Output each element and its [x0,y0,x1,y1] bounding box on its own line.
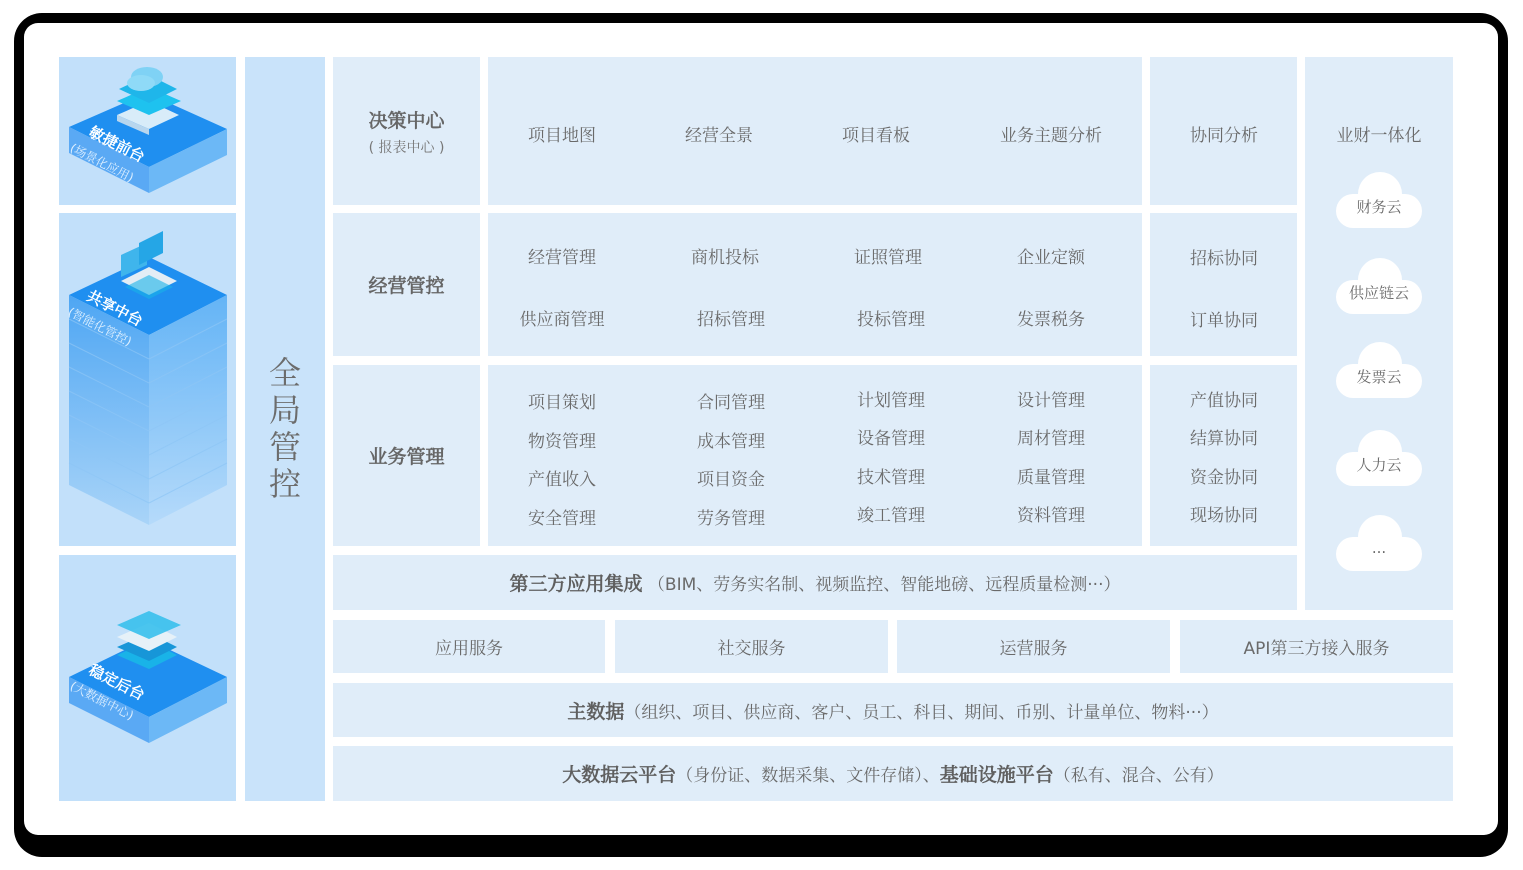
operation-items-panel [488,213,1142,356]
server-stack-icon [59,213,236,546]
module-item[interactable]: 项目策划 [528,388,596,413]
service-label: 应用服务 [435,634,503,659]
third-party-detail: （BIM、劳务实名制、视频监控、智能地磅、远程质量检测···） [648,575,1121,595]
module-item[interactable]: 供应商管理 [520,305,605,330]
cloud-invoice[interactable]: 发票云 [1336,342,1422,398]
global-control-label: 全局管控 [267,355,303,503]
module-item[interactable]: 投标管理 [857,305,925,330]
row-title: 经营管控 [368,271,444,298]
cloud-label: 人力云 [1336,454,1422,475]
master-data-text: 主数据（组织、项目、供应商、客户、员工、科目、期间、币别、计量单位、物料···） [567,697,1218,724]
master-data-bar: 主数据（组织、项目、供应商、客户、员工、科目、期间、币别、计量单位、物料···） [333,683,1453,737]
tier-agile-front: 敏捷前台 (场景化应用) [59,57,236,205]
bigdata-platform-title: 大数据云平台 [562,764,676,786]
collab-item[interactable]: 协同分析 [1190,121,1258,146]
third-party-integration-bar: 第三方应用集成 （BIM、劳务实名制、视频监控、智能地磅、远程质量检测···） [333,555,1297,610]
module-item[interactable]: 经营管理 [528,243,596,268]
collab-item[interactable]: 订单协同 [1190,306,1258,331]
row-header-operation: 经营管控 [333,213,480,356]
master-data-detail: （组织、项目、供应商、客户、员工、科目、期间、币别、计量单位、物料···） [624,703,1218,723]
module-item[interactable]: 合同管理 [697,388,765,413]
service-label: API第三方接入服务 [1244,634,1390,659]
row-title: 决策中心 [368,106,444,133]
cloud-label: ... [1336,539,1422,557]
module-item[interactable]: 周材管理 [1017,424,1085,449]
service-label: 运营服务 [1000,634,1068,659]
module-item[interactable]: 竣工管理 [857,501,925,526]
module-item[interactable]: 计划管理 [857,386,925,411]
cloud-label: 供应链云 [1336,282,1422,303]
cloud-platform-icon [59,57,236,205]
collab-item[interactable]: 资金协同 [1190,463,1258,488]
module-item[interactable]: 资料管理 [1017,501,1085,526]
tier-shared-middle: 共享中台 (智能化管控) [59,213,236,546]
cloud-label: 财务云 [1336,196,1422,217]
operation-collab-panel [1150,213,1297,356]
platform-bar: 大数据云平台（身份证、数据采集、文件存储）、基础设施平台（私有、混合、公有） [333,746,1453,801]
master-data-title: 主数据 [567,701,624,723]
row-title: 业务管理 [368,442,444,469]
module-item[interactable]: 物资管理 [528,427,596,452]
global-control-column: 全局管控 [245,57,325,801]
cloud-hr[interactable]: 人力云 [1336,430,1422,486]
module-item[interactable]: 成本管理 [697,427,765,452]
tier-stable-back: 稳定后台 (大数据中心) [59,555,236,801]
collab-item[interactable]: 结算协同 [1190,424,1258,449]
cloud-finance[interactable]: 财务云 [1336,172,1422,228]
bigdata-platform-detail: （身份证、数据采集、文件存储）、 [676,766,940,786]
cloud-supply-chain[interactable]: 供应链云 [1336,258,1422,314]
collab-item[interactable]: 产值协同 [1190,386,1258,411]
module-item[interactable]: 劳务管理 [697,504,765,529]
module-item[interactable]: 项目看板 [842,121,910,146]
module-item[interactable]: 项目资金 [697,465,765,490]
module-item[interactable]: 业务主题分析 [1000,121,1102,146]
row-header-decision: 决策中心 ( 报表中心 ) [333,57,480,205]
module-item[interactable]: 质量管理 [1017,463,1085,488]
service-api[interactable]: API第三方接入服务 [1180,620,1453,673]
cloud-more[interactable]: ... [1336,515,1422,571]
module-item[interactable]: 商机投标 [691,243,759,268]
module-item[interactable]: 设计管理 [1017,386,1085,411]
finance-integration-title: 业财一体化 [1337,121,1422,146]
cloud-label: 发票云 [1336,366,1422,387]
row-header-business: 业务管理 [333,365,480,546]
module-item[interactable]: 招标管理 [697,305,765,330]
service-operation[interactable]: 运营服务 [897,620,1170,673]
platform-text: 大数据云平台（身份证、数据采集、文件存储）、基础设施平台（私有、混合、公有） [562,760,1224,787]
service-social[interactable]: 社交服务 [615,620,888,673]
module-item[interactable]: 设备管理 [857,424,925,449]
collab-item[interactable]: 招标协同 [1190,244,1258,269]
third-party-title: 第三方应用集成 [510,573,643,595]
module-item[interactable]: 安全管理 [528,504,596,529]
module-item[interactable]: 企业定额 [1017,243,1085,268]
module-item[interactable]: 技术管理 [857,463,925,488]
infrastructure-platform-detail: （私有、混合、公有） [1054,766,1224,786]
collab-item[interactable]: 现场协同 [1190,501,1258,526]
module-item[interactable]: 证照管理 [854,243,922,268]
module-item[interactable]: 发票税务 [1017,305,1085,330]
row-subtitle: ( 报表中心 ) [369,137,445,157]
service-label: 社交服务 [718,634,786,659]
third-party-text: 第三方应用集成 （BIM、劳务实名制、视频监控、智能地磅、远程质量检测···） [510,569,1121,596]
module-item[interactable]: 经营全景 [685,121,753,146]
module-item[interactable]: 项目地图 [528,121,596,146]
service-app[interactable]: 应用服务 [333,620,605,673]
module-item[interactable]: 产值收入 [528,465,596,490]
infrastructure-platform-title: 基础设施平台 [940,764,1054,786]
